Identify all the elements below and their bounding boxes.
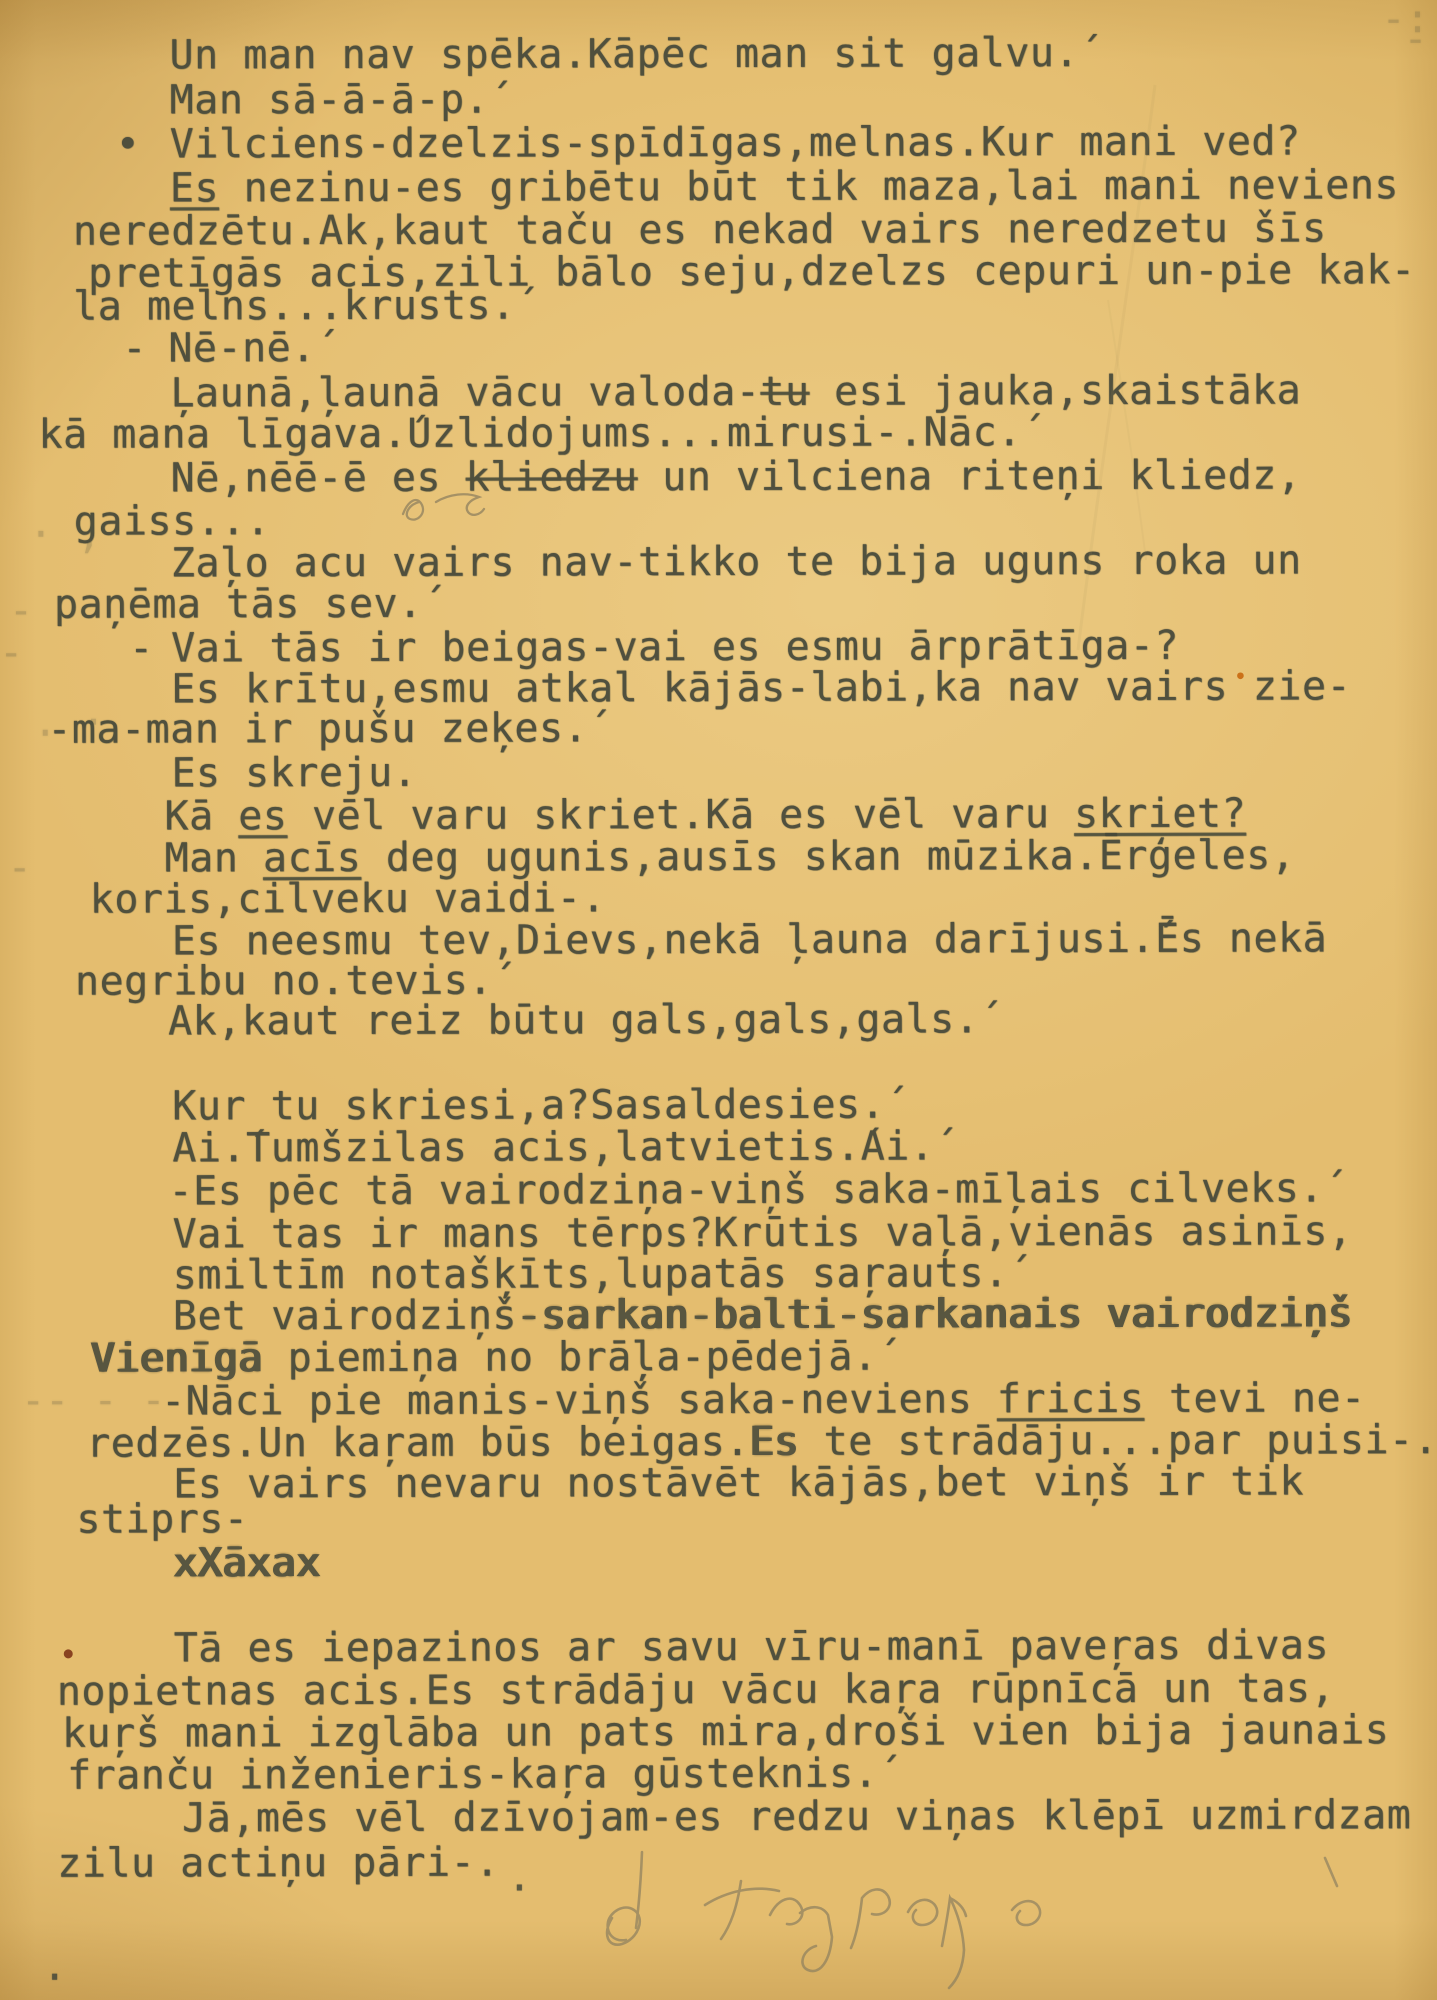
typed-line: nopietnas acis.Es strādāju vācu kaŗa rūp… — [57, 1667, 1335, 1712]
typed-text-segment: paņēma tās sev.́ — [54, 581, 423, 628]
stray-mark: - — [0, 632, 23, 674]
typed-text-segment: Es skreju. — [171, 750, 417, 797]
typed-text-segment: tu — [760, 369, 809, 415]
typed-text-segment: Tā es iepazinos ar savu vīru-manī paveŗa… — [174, 1622, 1329, 1671]
typed-text-segment: tevi ne- — [1144, 1375, 1365, 1422]
typed-line: franču inženieris-kaŗa gūsteknis.́ — [67, 1753, 878, 1797]
typed-line: -Nāci pie manis-viņš saka-neviens fricis… — [161, 1377, 1366, 1422]
stray-mark: . — [507, 1856, 531, 1898]
typed-text-segment: Es — [750, 1419, 799, 1465]
typed-text-segment: Nē,nēē-ē es — [171, 455, 466, 502]
typed-text-segment: Kā — [164, 793, 238, 839]
typed-line: kā mana līgava.́Uzlidojums...mirusi-.Nāc… — [38, 411, 1021, 456]
typed-text-segment: Vienīgā — [91, 1335, 263, 1381]
typed-text-segment: Man sā-ā-ā-p.́ — [170, 77, 490, 124]
typed-line: Es skreju. — [171, 752, 417, 795]
typed-line: Vienīgā piemiņa no brāļa-pēdejā.́ — [91, 1336, 878, 1380]
typed-line: Kā es vēl varu skriet.Kā es vēl varu skr… — [164, 793, 1246, 838]
typed-line: Man sā-ā-ā-p.́ — [170, 79, 490, 122]
typed-line: Nē,nēē-ē es kliedzu un vilciena riteņi k… — [171, 454, 1302, 499]
typed-line: xXāxax — [173, 1542, 321, 1584]
stray-mark: . — [42, 1946, 66, 1988]
typed-text-segment: Ak,kaut reiz būtu gals,gals,gals.́ — [168, 996, 979, 1044]
typed-text-segment: kā mana līgava.́Uzlidojums...mirusi-.Nāc… — [38, 409, 1021, 458]
document-page: Un man nav spēka.Kāpēc man sit galvu.́Ma… — [0, 0, 1437, 2000]
typed-line: Un man nav spēka.Kāpēc man sit galvu.́ — [169, 32, 1079, 76]
typed-line: negribu no.tevis.́ — [75, 960, 493, 1003]
typed-line: - — [122, 327, 147, 369]
typed-line: zilu actiņu pāri-. — [57, 1842, 500, 1885]
typed-text-segment: vēl varu skriet.Kā es vēl varu — [287, 791, 1074, 839]
typed-text-segment: te strādāju...par puisi-. — [799, 1417, 1437, 1465]
stray-mark: ● — [1237, 655, 1244, 697]
typed-text-segment: Es — [170, 165, 219, 211]
stray-mark: - — [9, 590, 33, 632]
typed-line: smiltīm notašķīts,lupatās saŗauts.́ — [173, 1252, 1009, 1296]
typed-line: gaiss... — [74, 500, 271, 543]
typed-line: Es neesmu tev,Dievs,nekā ļauna darījusi.… — [172, 917, 1327, 962]
typed-text-segment: -ma-man ir pušu zeķes.́ — [47, 705, 588, 752]
typed-line: - — [129, 627, 154, 669]
typed-line: Ļaunā,ļaunā vācu valoda-tu esi jauka,ska… — [170, 369, 1301, 414]
typed-line: Zaļo acu vairs nav-tikko te bija uguns r… — [171, 539, 1302, 584]
stray-mark: - — [8, 847, 32, 889]
typed-text-segment: - — [122, 325, 147, 371]
typed-line: Tā es iepazinos ar savu vīru-manī paveŗa… — [174, 1624, 1329, 1669]
typed-text-segment: kliedzu — [466, 454, 638, 500]
typed-line: Bet vairodziņš-sarkan-balti-sarkanais va… — [173, 1292, 1353, 1337]
typed-text-segment: stiprs- — [76, 1496, 248, 1542]
typed-text-segment: Un man nav spēka.Kāpēc man sit galvu.́ — [169, 30, 1079, 78]
typed-line: Man acīs deg ugunis,ausīs skan mūzika.Ēr… — [165, 834, 1296, 879]
typed-line: stiprs- — [76, 1498, 248, 1540]
typed-text-segment: • — [116, 122, 141, 168]
typed-text-segment: Kur tu skriesi,a?Sasaldesies.́ — [172, 1082, 885, 1130]
typewritten-text: Un man nav spēka.Kāpēc man sit galvu.́Ma… — [0, 0, 1437, 2000]
typed-line: la melns...krusts.́ — [73, 285, 516, 328]
typed-line: Jā,mēs vēl dzīvojam-es redzu viņas klēpī… — [182, 1794, 1411, 1839]
typed-text-segment: acīs — [263, 835, 361, 881]
typed-text-segment: koris,cilveku vaidi-. — [90, 875, 606, 922]
typed-line: Nē-nē.́ — [168, 327, 316, 369]
typed-line: -Es pēc tā vairodziņa-viņš saka-mīļais c… — [168, 1167, 1323, 1212]
typed-text-segment: esi jauka,skaistāka — [809, 367, 1301, 414]
stray-mark: · , — [29, 514, 101, 556]
typed-text-segment: xXāxax — [173, 1540, 321, 1586]
typed-text-segment: skriet? — [1074, 791, 1246, 837]
typed-line: Ai.́Tumšzilas acis,latvietis.́Ai.́ — [172, 1125, 934, 1169]
typed-text-segment: deg ugunis,ausīs skan mūzika.Ērģeles, — [361, 832, 1295, 880]
typed-text-segment: -Nāci pie manis-viņš saka-neviens — [161, 1376, 997, 1424]
typed-line: Es nezinu-es gribētu būt tik maza,lai ma… — [170, 164, 1399, 209]
typed-text-segment: fricis — [997, 1376, 1145, 1422]
typed-text-segment: Man — [165, 835, 263, 881]
typed-text-segment: Ai.́Tumšzilas acis,latvietis.́Ai.́ — [172, 1123, 934, 1171]
typed-text-segment: piemiņa no brāļa-pēdejā.́ — [263, 1334, 878, 1382]
typed-text-segment: -sarkan-balti-sarkanais vairodziņš — [517, 1290, 1353, 1338]
typed-line: Kur tu skriesi,a?Sasaldesies.́ — [172, 1084, 885, 1128]
typed-line: neredzētu.Ak,kaut taču es nekad vairs ne… — [73, 207, 1327, 252]
typed-text-segment: gaiss... — [74, 498, 271, 545]
typed-text-segment: Es vairs nevaru nostāvēt kājās,bet viņš … — [173, 1458, 1304, 1507]
typed-text-segment: franču inženieris-kaŗa gūsteknis.́ — [67, 1751, 878, 1799]
typed-line: Ak,kaut reiz būtu gals,gals,gals.́ — [168, 998, 979, 1042]
stray-mark: ● — [64, 1632, 73, 1674]
stray-mark: - · — [1403, 18, 1437, 60]
typed-text-segment: -Es pēc tā vairodziņa-viņš saka-mīļais c… — [168, 1165, 1323, 1214]
typed-text-segment: Zaļo acu vairs nav-tikko te bija uguns r… — [171, 537, 1302, 586]
typed-line: Vai tas ir mans tērps?Krūtis vaļā,vienās… — [173, 1210, 1353, 1255]
typed-text-segment: kuŗš mani izglāba un pats mira,droši vie… — [62, 1707, 1390, 1756]
typed-text-segment: Jā,mēs vēl dzīvojam-es redzu viņas klēpī… — [182, 1792, 1411, 1841]
typed-text-segment: zilu actiņu pāri-. — [57, 1840, 500, 1887]
typed-line: Vai tās ir beigas-vai es esmu ārprātīga-… — [171, 625, 1179, 670]
typed-line: • — [116, 124, 141, 166]
typed-line: -ma-man ir pušu zeķes.́ — [47, 707, 588, 750]
typed-line: kuŗš mani izglāba un pats mira,droši vie… — [62, 1709, 1390, 1754]
typed-line: Vilciens-dzelzis-spīdīgas,melnas.Kur man… — [170, 120, 1301, 165]
typed-line: paņēma tās sev.́ — [54, 583, 423, 626]
typed-text-segment: Vilciens-dzelzis-spīdīgas,melnas.Kur man… — [170, 118, 1301, 167]
typed-text-segment: la melns...krusts.́ — [73, 283, 516, 330]
typed-text-segment: - — [129, 625, 154, 671]
typed-text-segment: es — [238, 793, 287, 839]
typed-text-segment: nezinu-es gribētu būt tik maza,lai mani … — [219, 162, 1399, 211]
typed-line: Es krītu,esmu atkal kājās-labi,ka nav va… — [171, 665, 1351, 710]
stray-mark: -- - - — [21, 1379, 166, 1421]
typed-text-segment: Bet vairodziņš — [173, 1293, 517, 1340]
typed-text-segment: un vilciena riteņi kliedz, — [638, 452, 1302, 500]
typed-line: koris,cilveku vaidi-. — [90, 877, 606, 920]
typed-text-segment: Nē-nē.́ — [168, 325, 316, 371]
stray-mark: . · — [33, 702, 105, 744]
typed-line: Es vairs nevaru nostāvēt kājās,bet viņš … — [173, 1460, 1304, 1505]
